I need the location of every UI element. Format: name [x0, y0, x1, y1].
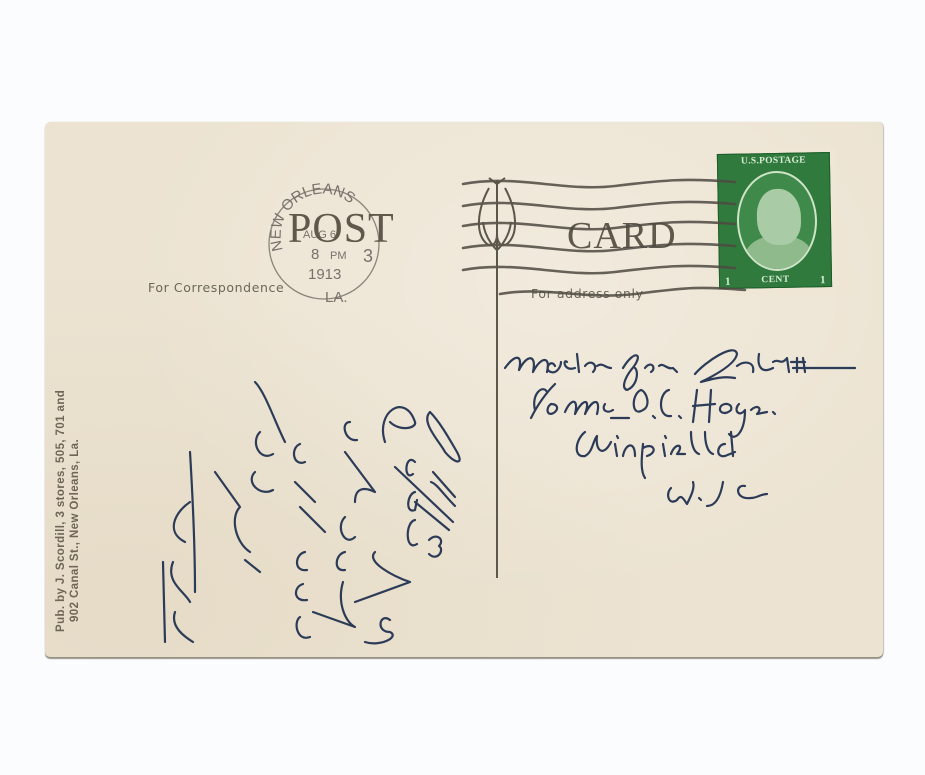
handwritten-address	[505, 350, 855, 506]
handwritten-message	[163, 382, 460, 643]
cancellation-layer	[45, 122, 883, 657]
postcard: Pub. by J. Scordill, 3 stores, 505, 701 …	[45, 122, 883, 657]
